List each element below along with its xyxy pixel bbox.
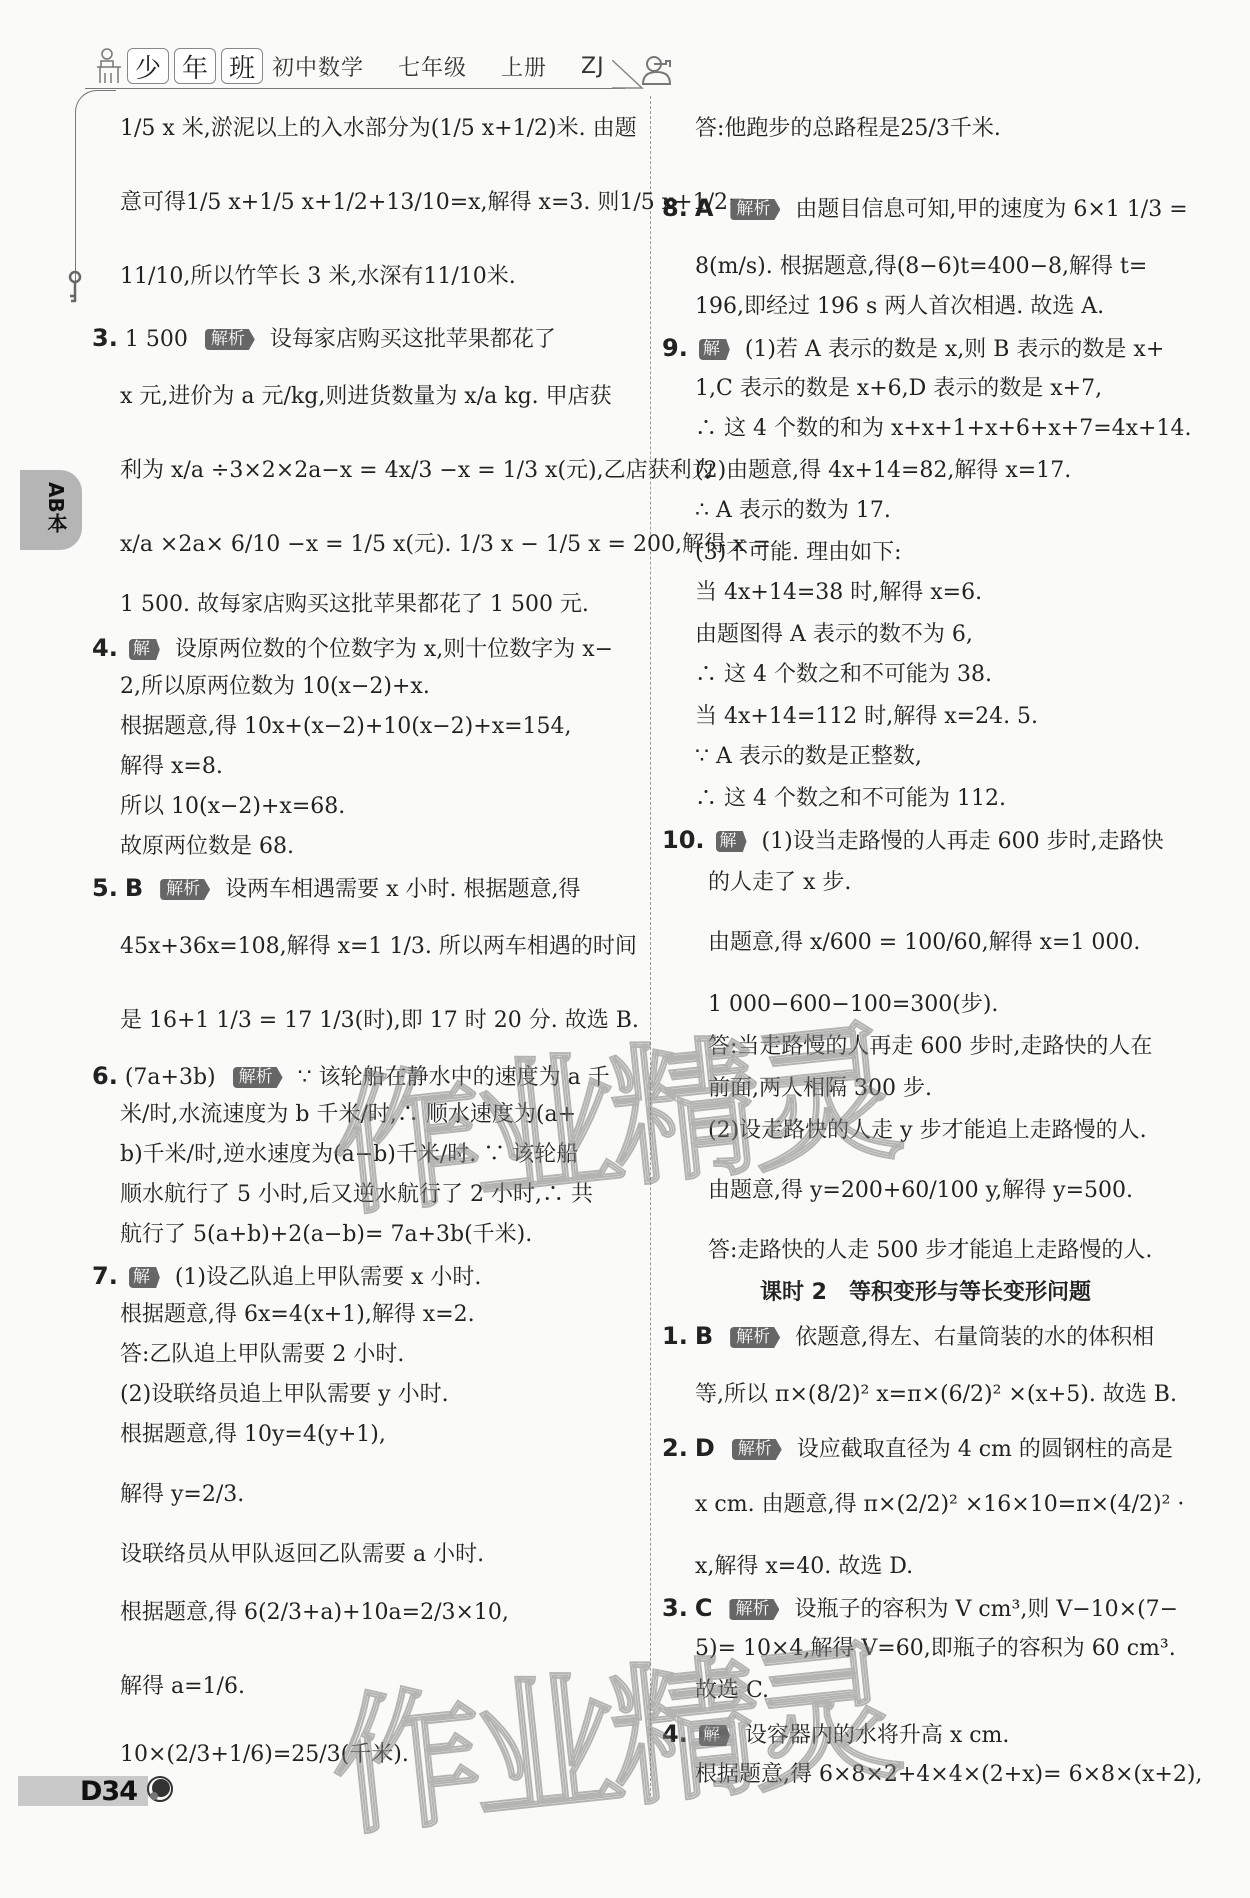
question-number: 4. [92, 634, 118, 662]
question-number: 6. [92, 1062, 118, 1090]
text-line: 等,所以 π×(8/2)² x=π×(6/2)² ×(x+5). 故选 B. [695, 1384, 1177, 1406]
text-line: 11/10,所以竹竿长 3 米,水深有11/10米. [120, 266, 516, 288]
text-line: 由题目信息可知,甲的速度为 6×1 1/3 = [795, 197, 1187, 222]
text-line: 设每家店购买这批苹果都花了 [270, 327, 556, 352]
solution-badge: 解 [699, 339, 730, 360]
text-line: 8(m/s). 根据题意,得(8−6)t=400−8,解得 t= [695, 256, 1147, 278]
question-number: 9. [662, 334, 688, 362]
text-line: 根据题意,得 6x=4(x+1),解得 x=2. [120, 1304, 475, 1326]
text-line: ∵ A 表示的数是正整数, [695, 746, 922, 768]
question-number: 3. [92, 324, 118, 352]
question-number: 2. [662, 1434, 688, 1462]
left-column: 1/5 x 米,淤泥以上的入水部分为(1/5 x+1/2)米. 由题 意可得1/… [0, 0, 650, 1898]
question-number: 8. [662, 194, 688, 222]
text-line: (2)设联络员追上甲队需要 y 小时. [120, 1384, 449, 1406]
question-answer: B [695, 1322, 713, 1350]
q10-header: 10. 解 (1)设当走路慢的人再走 600 步时,走路快 [662, 828, 1164, 853]
text-line: ∴ 这 4 个数的和为 x+x+1+x+6+x+7=4x+14. [695, 418, 1191, 440]
text-line: (2)由题意,得 4x+14=82,解得 x=17. [695, 460, 1071, 482]
analysis-badge: 解析 [732, 1439, 782, 1460]
analysis-badge: 解析 [160, 879, 210, 900]
analysis-badge: 解析 [233, 1067, 283, 1088]
text-line: 解得 x=8. [120, 756, 223, 778]
solution-badge: 解 [716, 831, 747, 852]
text-line: (3)不可能. 理由如下: [695, 542, 902, 564]
question-answer: D [695, 1434, 715, 1462]
text-line: 根据题意,得 10x+(x−2)+10(x−2)+x=154, [120, 716, 572, 738]
s1-header: 1. B 解析 依题意,得左、右量筒装的水的体积相 [662, 1324, 1154, 1349]
q7-header: 7. 解 (1)设乙队追上甲队需要 x 小时. [92, 1264, 481, 1289]
solution-badge: 解 [129, 1267, 160, 1288]
analysis-badge: 解析 [730, 199, 780, 220]
analysis-badge: 解析 [205, 329, 255, 350]
text-line: x cm. 由题意,得 π×(2/2)² ×16×10=π×(4/2)² · [695, 1494, 1184, 1516]
q9-header: 9. 解 (1)若 A 表示的数是 x,则 B 表示的数是 x+ [662, 336, 1164, 361]
text-line: 设应截取直径为 4 cm 的圆钢柱的高是 [797, 1437, 1173, 1462]
s2-header: 2. D 解析 设应截取直径为 4 cm 的圆钢柱的高是 [662, 1436, 1173, 1461]
question-number: 1. [662, 1322, 688, 1350]
text-line: ∴ A 表示的数为 17. [695, 500, 891, 522]
text-line: ∴ 这 4 个数之和不可能为 112. [695, 788, 1006, 810]
text-line: (1)若 A 表示的数是 x,则 B 表示的数是 x+ [745, 337, 1164, 362]
text-line: 当 4x+14=38 时,解得 x=6. [695, 582, 982, 604]
text-line: 由题图得 A 表示的数不为 6, [695, 624, 973, 646]
question-number: 5. [92, 874, 118, 902]
text-line: 2,所以原两位数为 10(x−2)+x. [120, 676, 430, 698]
text-line: 依题意,得左、右量筒装的水的体积相 [795, 1325, 1154, 1350]
text-line: 答:他跑步的总路程是25/3千米. [695, 118, 1001, 140]
solution-badge: 解 [129, 639, 160, 660]
q8-header: 8. A 解析 由题目信息可知,甲的速度为 6×1 1/3 = [662, 196, 1188, 221]
question-answer: (7a+3b) [125, 1065, 216, 1090]
text-line: 1 500. 故每家店购买这批苹果都花了 1 500 元. [120, 594, 589, 616]
text-line: (1)设当走路慢的人再走 600 步时,走路快 [762, 829, 1164, 854]
text-line: 由题意,得 x/600 = 100/60,解得 x=1 000. [708, 932, 1140, 954]
text-line: 答:走路快的人走 500 步才能追上走路慢的人. [708, 1240, 1152, 1262]
question-answer: 1 500 [125, 327, 188, 352]
section-title: 课时 2 等积变形与等长变形问题 [760, 1282, 1091, 1304]
text-line: 的人走了 x 步. [708, 872, 851, 894]
text-line: 1/5 x 米,淤泥以上的入水部分为(1/5 x+1/2)米. 由题 [120, 118, 637, 140]
question-number: 7. [92, 1262, 118, 1290]
text-line: x,解得 x=40. 故选 D. [695, 1556, 913, 1578]
text-line: (1)设乙队追上甲队需要 x 小时. [175, 1265, 482, 1290]
text-line: 设原两位数的个位数字为 x,则十位数字为 x− [175, 637, 613, 662]
analysis-badge: 解析 [730, 1327, 780, 1348]
text-line: 解得 a=1/6. [120, 1676, 245, 1698]
question-answer: A [695, 194, 714, 222]
q3-header: 3. 1 500 解析 设每家店购买这批苹果都花了 [92, 326, 556, 351]
text-line: 设联络员从甲队返回乙队需要 a 小时. [120, 1544, 484, 1566]
text-line: ∴ 这 4 个数之和不可能为 38. [695, 664, 992, 686]
text-line: 解得 y=2/3. [120, 1484, 244, 1506]
text-line: 根据题意,得 6(2/3+a)+10a=2/3×10, [120, 1602, 509, 1624]
text-line: 1,C 表示的数是 x+6,D 表示的数是 x+7, [695, 378, 1102, 400]
q5-header: 5. B 解析 设两车相遇需要 x 小时. 根据题意,得 [92, 876, 581, 901]
text-line: 利为 x/a ÷3×2×2a−x = 4x/3 −x = 1/3 x(元),乙店… [120, 460, 714, 482]
q4-header: 4. 解 设原两位数的个位数字为 x,则十位数字为 x− [92, 636, 613, 661]
text-line: 所以 10(x−2)+x=68. [120, 796, 345, 818]
text-line: x 元,进价为 a 元/kg,则进货数量为 x/a kg. 甲店获 [120, 386, 612, 408]
text-line: 根据题意,得 10y=4(y+1), [120, 1424, 386, 1446]
text-line: 答:乙队追上甲队需要 2 小时. [120, 1344, 404, 1366]
page-number: D34 [80, 1776, 137, 1807]
text-line: 设两车相遇需要 x 小时. 根据题意,得 [225, 877, 580, 902]
text-line: 故原两位数是 68. [120, 836, 294, 858]
question-number: 10. [662, 826, 705, 854]
page-bubble-icon [145, 1774, 173, 1806]
question-answer: B [125, 874, 143, 902]
text-line: 当 4x+14=112 时,解得 x=24. 5. [695, 706, 1038, 728]
text-line: 45x+36x=108,解得 x=1 1/3. 所以两车相遇的时间 [120, 936, 637, 958]
text-line: 196,即经过 196 s 两人首次相遇. 故选 A. [695, 296, 1104, 318]
